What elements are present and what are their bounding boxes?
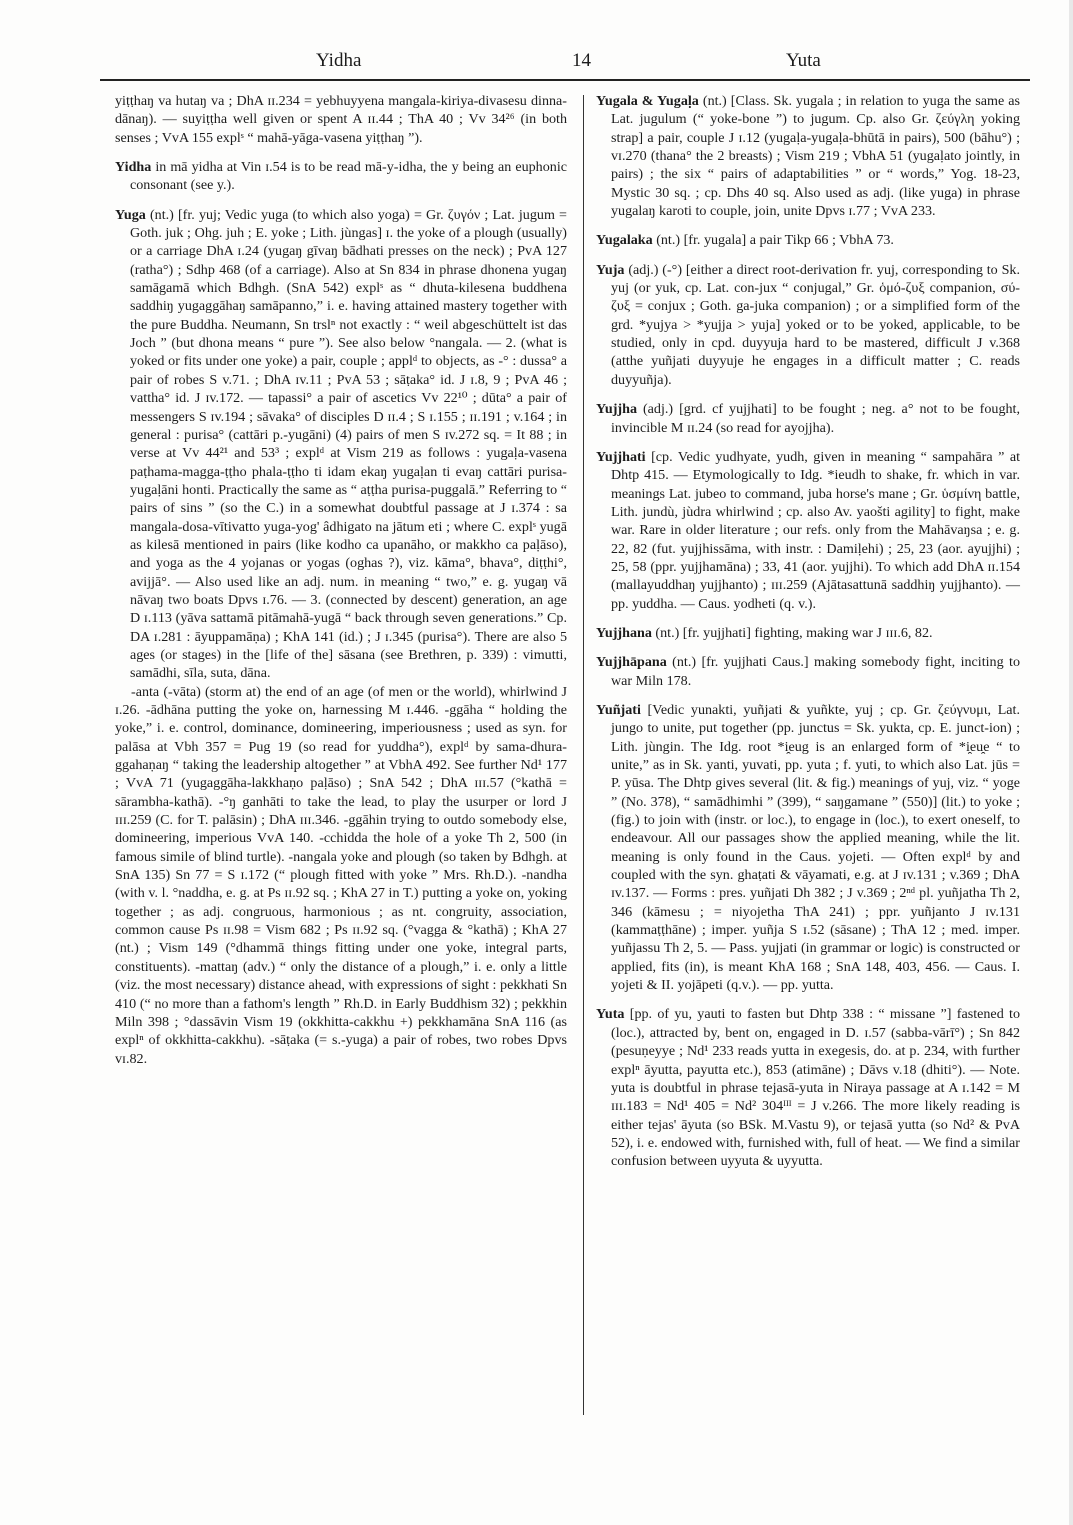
left-guideword: Yidha [316, 50, 361, 72]
entry-body: (nt.) [fr. yujjhati Caus.] making somebo… [611, 654, 1020, 688]
headword: Yujjhati [596, 449, 646, 465]
entry-yuta: Yuta [pp. of yu, yauti to fasten but Dht… [596, 1005, 1020, 1170]
entry-yujjhapana: Yujjhāpana (nt.) [fr. yujjhati Caus.] ma… [596, 653, 1020, 690]
page-edge-shadow [1069, 0, 1073, 1525]
entry-yunjati: Yuñjati [Vedic yunakti, yuñjati & yuñkte… [596, 701, 1020, 995]
entry-yujjhati: Yujjhati [cp. Vedic yudhyate, yudh, give… [596, 448, 1020, 613]
entry-body: (adj.) [grd. cf yujjhati] to be fought ;… [611, 401, 1020, 435]
headword: Yidha [115, 159, 151, 175]
headword: Yujjha [596, 401, 637, 417]
headword: Yugala & Yugaḷa [596, 93, 699, 109]
entry-yujjhana: Yujjhana (nt.) [fr. yujjhati] fighting, … [596, 624, 1020, 642]
entry-body: [Vedic yunakti, yuñjati & yuñkte, yuj ; … [611, 702, 1020, 993]
headword: Yuta [596, 1006, 624, 1022]
header-rule [100, 79, 1030, 81]
headword: Yugalaka [596, 232, 653, 248]
entry-body: (nt.) [fr. yugala] a pair Tikp 66 ; VbhA… [653, 232, 894, 248]
headword: Yujjhāpana [596, 654, 667, 670]
entry-yujjha: Yujjha (adj.) [grd. cf yujjhati] to be f… [596, 400, 1020, 437]
entry-yugala: Yugala & Yugaḷa (nt.) [Class. Sk. yugala… [596, 92, 1020, 220]
right-guideword: Yuta [786, 50, 821, 72]
page-header: Yidha 14 Yuta [100, 50, 1020, 76]
entry-body: in mā yidha at Vin ɪ.54 is to be read mā… [130, 159, 567, 193]
entry-yuja: Yuja (adj.) (-°) [either a direct root-d… [596, 261, 1020, 389]
entry-body: (adj.) (-°) [either a direct root-deriva… [611, 262, 1020, 388]
entry-yidha: Yidha in mā yidha at Vin ɪ.54 is to be r… [115, 158, 567, 195]
entry-yugalaka: Yugalaka (nt.) [fr. yugala] a pair Tikp … [596, 231, 1020, 249]
page-number: 14 [572, 50, 591, 72]
column-divider [583, 95, 584, 1415]
entry-body: (nt.) [Class. Sk. yugala ; in relation t… [611, 93, 1020, 219]
entry-body: [pp. of yu, yauti to fasten but Dhtp 338… [611, 1006, 1020, 1169]
entry-body: [cp. Vedic yudhyate, yudh, given in mean… [611, 449, 1020, 612]
headword: Yujjhana [596, 625, 652, 641]
continuation-text: yiṭṭhaŋ va hutaŋ va ; DhA ɪɪ.234 = yebhu… [115, 92, 567, 147]
entry-body: (nt.) [fr. yuj; Vedic yuga (to which als… [130, 207, 567, 682]
right-column: Yugala & Yugaḷa (nt.) [Class. Sk. yugala… [596, 92, 1020, 1182]
yuga-compounds: -anta (-vāta) (storm at) the end of an a… [115, 683, 567, 1068]
entry-yuga: Yuga (nt.) [fr. yuj; Vedic yuga (to whic… [115, 206, 567, 683]
headword: Yuñjati [596, 702, 641, 718]
entry-body: (nt.) [fr. yujjhati] fighting, making wa… [652, 625, 933, 641]
headword: Yuga [115, 207, 146, 223]
left-column: yiṭṭhaŋ va hutaŋ va ; DhA ɪɪ.234 = yebhu… [115, 92, 567, 1068]
headword: Yuja [596, 262, 624, 278]
